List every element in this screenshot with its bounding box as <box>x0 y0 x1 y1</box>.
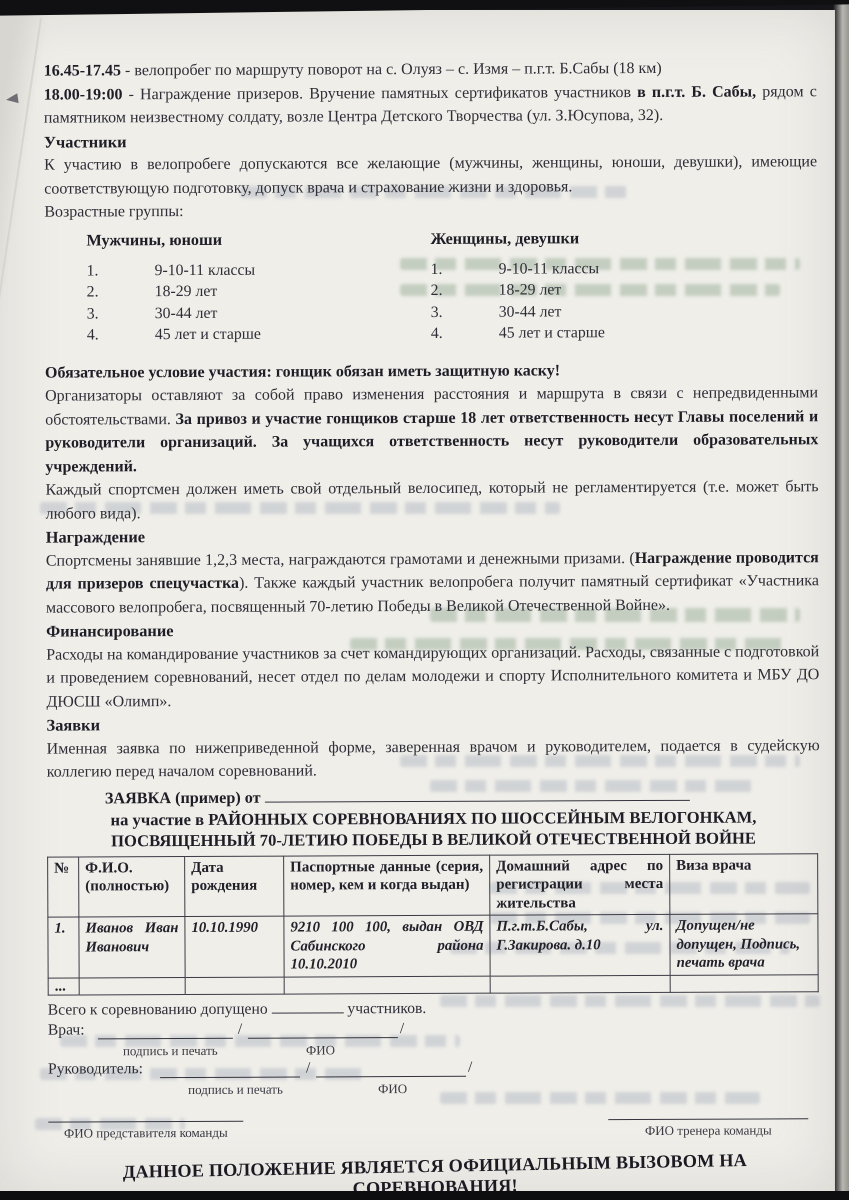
list-item: 2.18-29 лет <box>87 280 387 303</box>
blank-line <box>248 1023 398 1039</box>
scan-edge-right <box>833 0 849 1200</box>
blank-line <box>98 1023 233 1039</box>
table-row: 1. Иванов Иван Иванович 10.10.1990 9210 … <box>48 914 818 978</box>
age-group-women: Женщины, девушки 1.9-10-11 классы 2.18-2… <box>430 226 741 344</box>
schedule-line-2: 18.00-19:00 - Награждение призеров. Вруч… <box>44 80 817 130</box>
age-group-men-list: 1.9-10-11 классы 2.18-29 лет 3.30-44 лет… <box>87 259 387 346</box>
col-birth: Дата рождения <box>185 856 284 917</box>
bike-note: Каждый спортсмен должен иметь свой отдел… <box>45 475 818 525</box>
schedule-time-1: 16.45-17.45 <box>44 62 121 79</box>
organizers-paragraph: Организаторы оставляют за собой право из… <box>45 381 818 478</box>
section-awards: Награждение <box>46 522 819 549</box>
age-group-women-title: Женщины, девушки <box>430 226 740 250</box>
col-name: Ф.И.О. (полностью) <box>79 856 185 917</box>
list-item: 1.9-10-11 классы <box>87 259 387 282</box>
schedule-text-2: - Награждение призеров. Вручение памятны… <box>122 84 637 103</box>
participants-body: К участию в велопробеге допускаются все … <box>44 150 817 200</box>
team-trainer-sign: ФИО тренера команды <box>608 1118 808 1139</box>
schedule-bold-place: в п.г.т. Б. Сабы, <box>637 83 756 101</box>
list-item: 2.18-29 лет <box>431 279 741 302</box>
blank-line <box>265 785 690 802</box>
age-groups-label: Возрастные группы: <box>44 197 817 224</box>
table-header-row: № Ф.И.О. (полностью) Дата рождения Паспо… <box>48 853 818 917</box>
section-applications: Заявки <box>46 710 819 737</box>
application-table: № Ф.И.О. (полностью) Дата рождения Паспо… <box>47 853 819 995</box>
blank-line <box>316 1061 466 1077</box>
age-group-men-title: Мужчины, юноши <box>86 228 386 252</box>
official-call-statement: ДАННОЕ ПОЛОЖЕНИЕ ЯВЛЯЕТСЯ ОФИЦИАЛЬНЫМ ВЫ… <box>48 1148 822 1192</box>
col-passport: Паспортные данные (серия, номер, кем и к… <box>284 855 490 916</box>
pen-arrow-mark <box>5 93 18 105</box>
col-visa: Виза врача <box>670 853 818 914</box>
head-sub-labels: подпись и печать ФИО <box>48 1079 821 1099</box>
schedule-line-1: 16.45-17.45 - велопробег по маршруту пов… <box>44 56 817 83</box>
col-number: № <box>48 856 79 917</box>
list-item: 4.45 лет и старше <box>87 323 387 346</box>
applications-body: Именная заявка по нижеприведенной форме,… <box>47 734 820 784</box>
team-representative-sign: ФИО представителя команды <box>48 1120 243 1141</box>
scan-edge-bottom <box>0 1191 849 1200</box>
scanned-page: 16.45-17.45 - велопробег по маршруту пов… <box>0 10 835 1192</box>
table-row: ... <box>48 974 818 994</box>
age-group-men: Мужчины, юноши 1.9-10-11 классы 2.18-29 … <box>86 228 387 346</box>
document-content: 16.45-17.45 - велопробег по маршруту пов… <box>0 10 835 1192</box>
blank-line <box>160 1062 300 1078</box>
section-participants: Участники <box>44 127 817 154</box>
schedule-text-1: - велопробег по маршруту поворот на с. О… <box>121 60 662 79</box>
section-financing: Финансирование <box>46 616 819 643</box>
schedule-time-2: 18.00-19:00 <box>44 86 123 103</box>
list-item: 1.9-10-11 классы <box>431 257 741 280</box>
list-item: 3.30-44 лет <box>87 302 387 325</box>
financing-body: Расходы на командирование участников за … <box>46 640 819 714</box>
application-title-2: ПОСВЯЩЕННЫЙ 70-ЛЕТИЮ ПОБЕДЫ В ВЕЛИКОЙ ОТ… <box>47 827 820 852</box>
blank-line <box>271 998 343 1013</box>
awards-paragraph: Спортсмены занявшие 1,2,3 места, награжд… <box>46 546 819 620</box>
col-address: Домашний адрес по регистрации места жите… <box>490 854 670 915</box>
age-group-women-list: 1.9-10-11 классы 2.18-29 лет 3.30-44 лет… <box>431 257 741 344</box>
application-title-line: ЗАЯВКА (пример) от <box>105 784 820 809</box>
mandatory-condition: Обязательное условие участия: гонщик обя… <box>45 358 818 385</box>
bottom-signatures: ФИО представителя команды ФИО тренера ко… <box>48 1118 821 1141</box>
age-groups: Мужчины, юноши 1.9-10-11 классы 2.18-29 … <box>44 226 818 346</box>
list-item: 3.30-44 лет <box>431 300 741 323</box>
list-item: 4.45 лет и старше <box>431 322 741 345</box>
